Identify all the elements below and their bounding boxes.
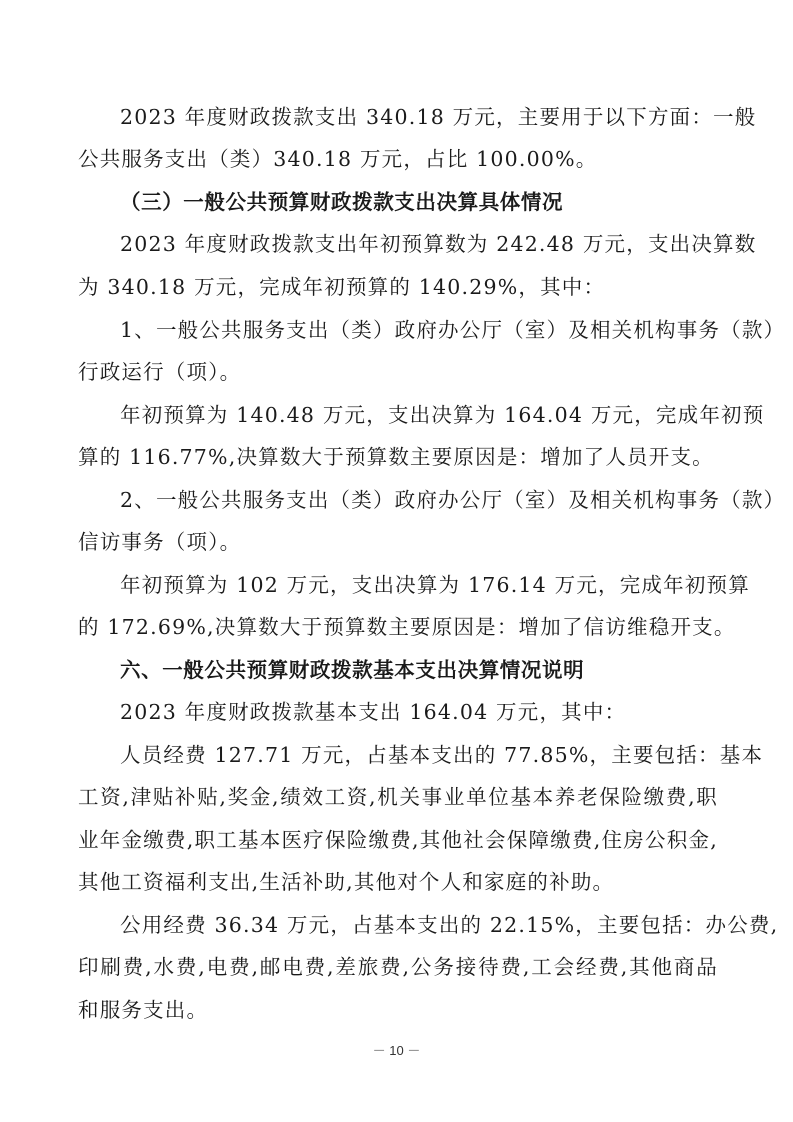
paragraph-line: 为 340.18 万元，完成年初预算的 140.29%，其中： (78, 275, 718, 299)
paragraph-line: 工资,津贴补贴,奖金,绩效工资,机关事业单位基本养老保险缴费,职 (78, 785, 718, 809)
paragraph-line: 2023 年度财政拨款基本支出 164.04 万元，其中： (120, 700, 718, 724)
paragraph-line: 算的 116.77%,决算数大于预算数主要原因是：增加了人员开支。 (78, 445, 718, 469)
paragraph-line: 信访事务（项）。 (78, 530, 718, 554)
document-page: 2023 年度财政拨款支出 340.18 万元，主要用于以下方面：一般 公共服务… (0, 0, 793, 1122)
paragraph-line: 2、一般公共服务支出（类）政府办公厅（室）及相关机构事务（款） (120, 488, 718, 512)
paragraph-line: 1、一般公共服务支出（类）政府办公厅（室）及相关机构事务（款） (120, 318, 718, 342)
paragraph-line: 年初预算为 102 万元，支出决算为 176.14 万元，完成年初预算 (120, 573, 718, 597)
paragraph-line: 印刷费,水费,电费,邮电费,差旅费,公务接待费,工会经费,其他商品 (78, 955, 718, 979)
paragraph-line: 公用经费 36.34 万元，占基本支出的 22.15%，主要包括：办公费, (120, 913, 718, 937)
paragraph-line: 年初预算为 140.48 万元，支出决算为 164.04 万元，完成年初预 (120, 403, 718, 427)
paragraph-line: 业年金缴费,职工基本医疗保险缴费,其他社会保障缴费,住房公积金, (78, 828, 718, 852)
paragraph-line: 和服务支出。 (78, 998, 718, 1022)
paragraph-line: 人员经费 127.71 万元，占基本支出的 77.85%，主要包括：基本 (120, 743, 718, 767)
paragraph-line: 公共服务支出（类）340.18 万元，占比 100.00%。 (78, 147, 718, 171)
paragraph-line: 行政运行（项）。 (78, 360, 718, 384)
section-heading: （三）一般公共预算财政拨款支出决算具体情况 (120, 190, 718, 214)
paragraph-line: 的 172.69%,决算数大于预算数主要原因是：增加了信访维稳开支。 (78, 615, 718, 639)
section-heading: 六、一般公共预算财政拨款基本支出决算情况说明 (120, 658, 718, 682)
page-number: － 10 － (0, 1040, 793, 1059)
paragraph-line: 其他工资福利支出,生活补助,其他对个人和家庭的补助。 (78, 870, 718, 894)
paragraph-line: 2023 年度财政拨款支出年初预算数为 242.48 万元，支出决算数 (120, 232, 718, 256)
paragraph-line: 2023 年度财政拨款支出 340.18 万元，主要用于以下方面：一般 (120, 105, 718, 129)
